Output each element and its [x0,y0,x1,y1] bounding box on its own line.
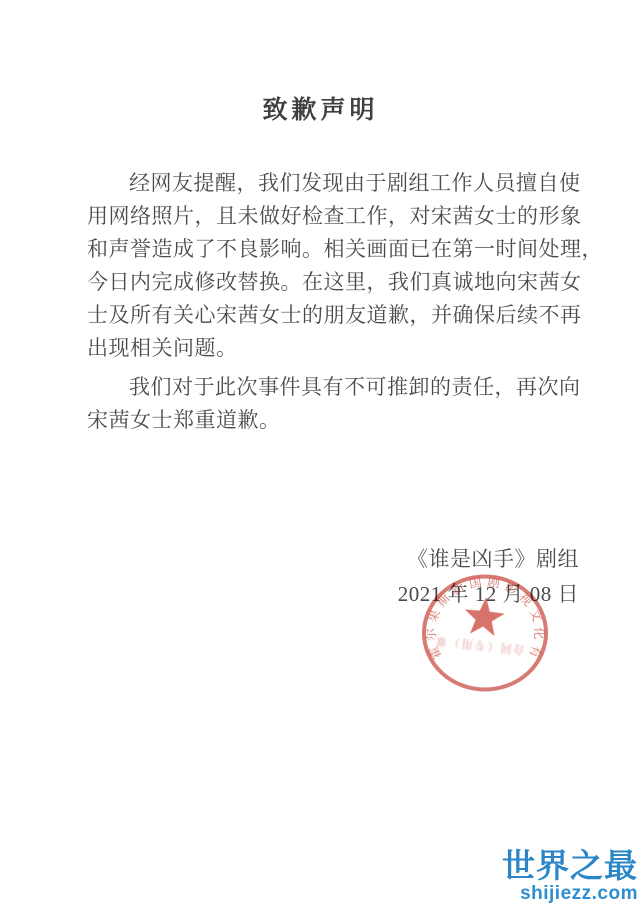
seal-inner-text: 合同（专用）章 [433,634,525,657]
text-line: 用网络照片，且未做好检查工作，对宋茜女士的形象 [87,200,563,233]
signature-line: 《谁是凶手》剧组 [398,542,579,577]
date-line: 2021 年 12 月 08 日 [398,577,579,612]
paragraph-1: 经网友提醒，我们发现由于剧组工作人员擅自使 用网络照片，且未做好检查工作，对宋茜… [87,167,563,365]
text-line: 宋茜女士郑重道歉。 [87,404,563,437]
apology-letter-page: 致歉声明 经网友提醒，我们发现由于剧组工作人员擅自使 用网络照片，且未做好检查工… [0,0,641,906]
text-line: 经网友提醒，我们发现由于剧组工作人员擅自使 [87,167,563,200]
text-line: 我们对于此次事件具有不可推卸的责任，再次向 [87,371,563,404]
text-line: 和声誉造成了不良影响。相关画面已在第一时间处理， [87,233,563,266]
text-line: 出现相关问题。 [87,332,563,365]
text-line: 士及所有关心宋茜女士的朋友道歉，并确保后续不再 [87,299,563,332]
site-watermark: 世界之最 shijiezz.com [502,849,638,904]
paragraph-2: 我们对于此次事件具有不可推卸的责任，再次向 宋茜女士郑重道歉。 [87,371,563,437]
watermark-site-url: shijiezz.com [502,883,638,904]
document-title: 致歉声明 [0,90,641,126]
signature-block: 《谁是凶手》剧组 2021 年 12 月 08 日 [398,542,579,612]
document-body: 经网友提醒，我们发现由于剧组工作人员擅自使 用网络照片，且未做好检查工作，对宋茜… [87,167,563,437]
text-line: 今日内完成修改替换。在这里，我们真诚地向宋茜女 [87,266,563,299]
watermark-site-name: 世界之最 [502,849,638,883]
